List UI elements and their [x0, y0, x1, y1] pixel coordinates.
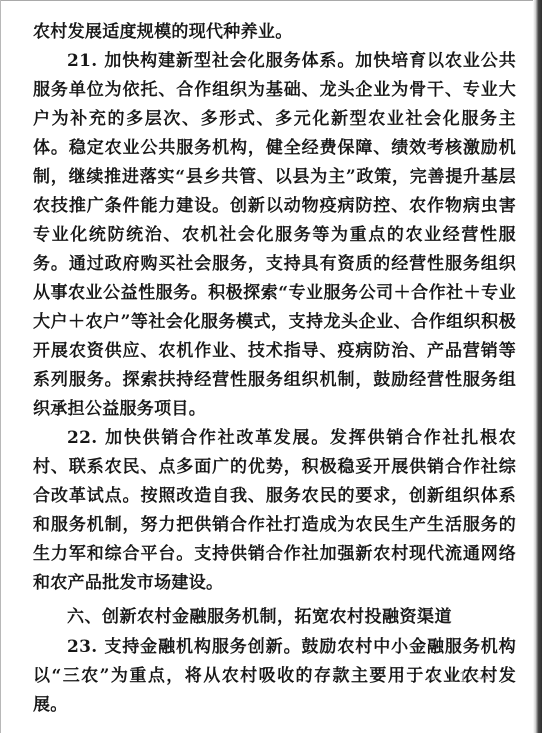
paragraph-item-22: 22. 加快供销合作社改革发展。发挥供销合作社扎根农村、联系农民、点多面广的优势…: [33, 424, 516, 598]
page-left-edge-line: [0, 0, 1, 733]
document-body: 农村发展适度规模的现代种养业。 21. 加快构建新型社会化服务体系。加快培育以农…: [33, 18, 516, 720]
page-top-edge-line: [0, 0, 542, 1]
page-number: — 11 —: [425, 669, 492, 687]
paragraph-item-21: 21. 加快构建新型社会化服务体系。加快培育以农业公共服务单位为依托、合作组织为…: [33, 47, 516, 424]
section-heading-six: 六、创新农村金融服务机制，拓宽农村投融资渠道: [33, 603, 516, 632]
page-right-edge-shadow: [533, 0, 542, 733]
paragraph-continuation: 农村发展适度规模的现代种养业。: [33, 18, 516, 47]
scanned-document-page: 农村发展适度规模的现代种养业。 21. 加快构建新型社会化服务体系。加快培育以农…: [0, 0, 542, 733]
